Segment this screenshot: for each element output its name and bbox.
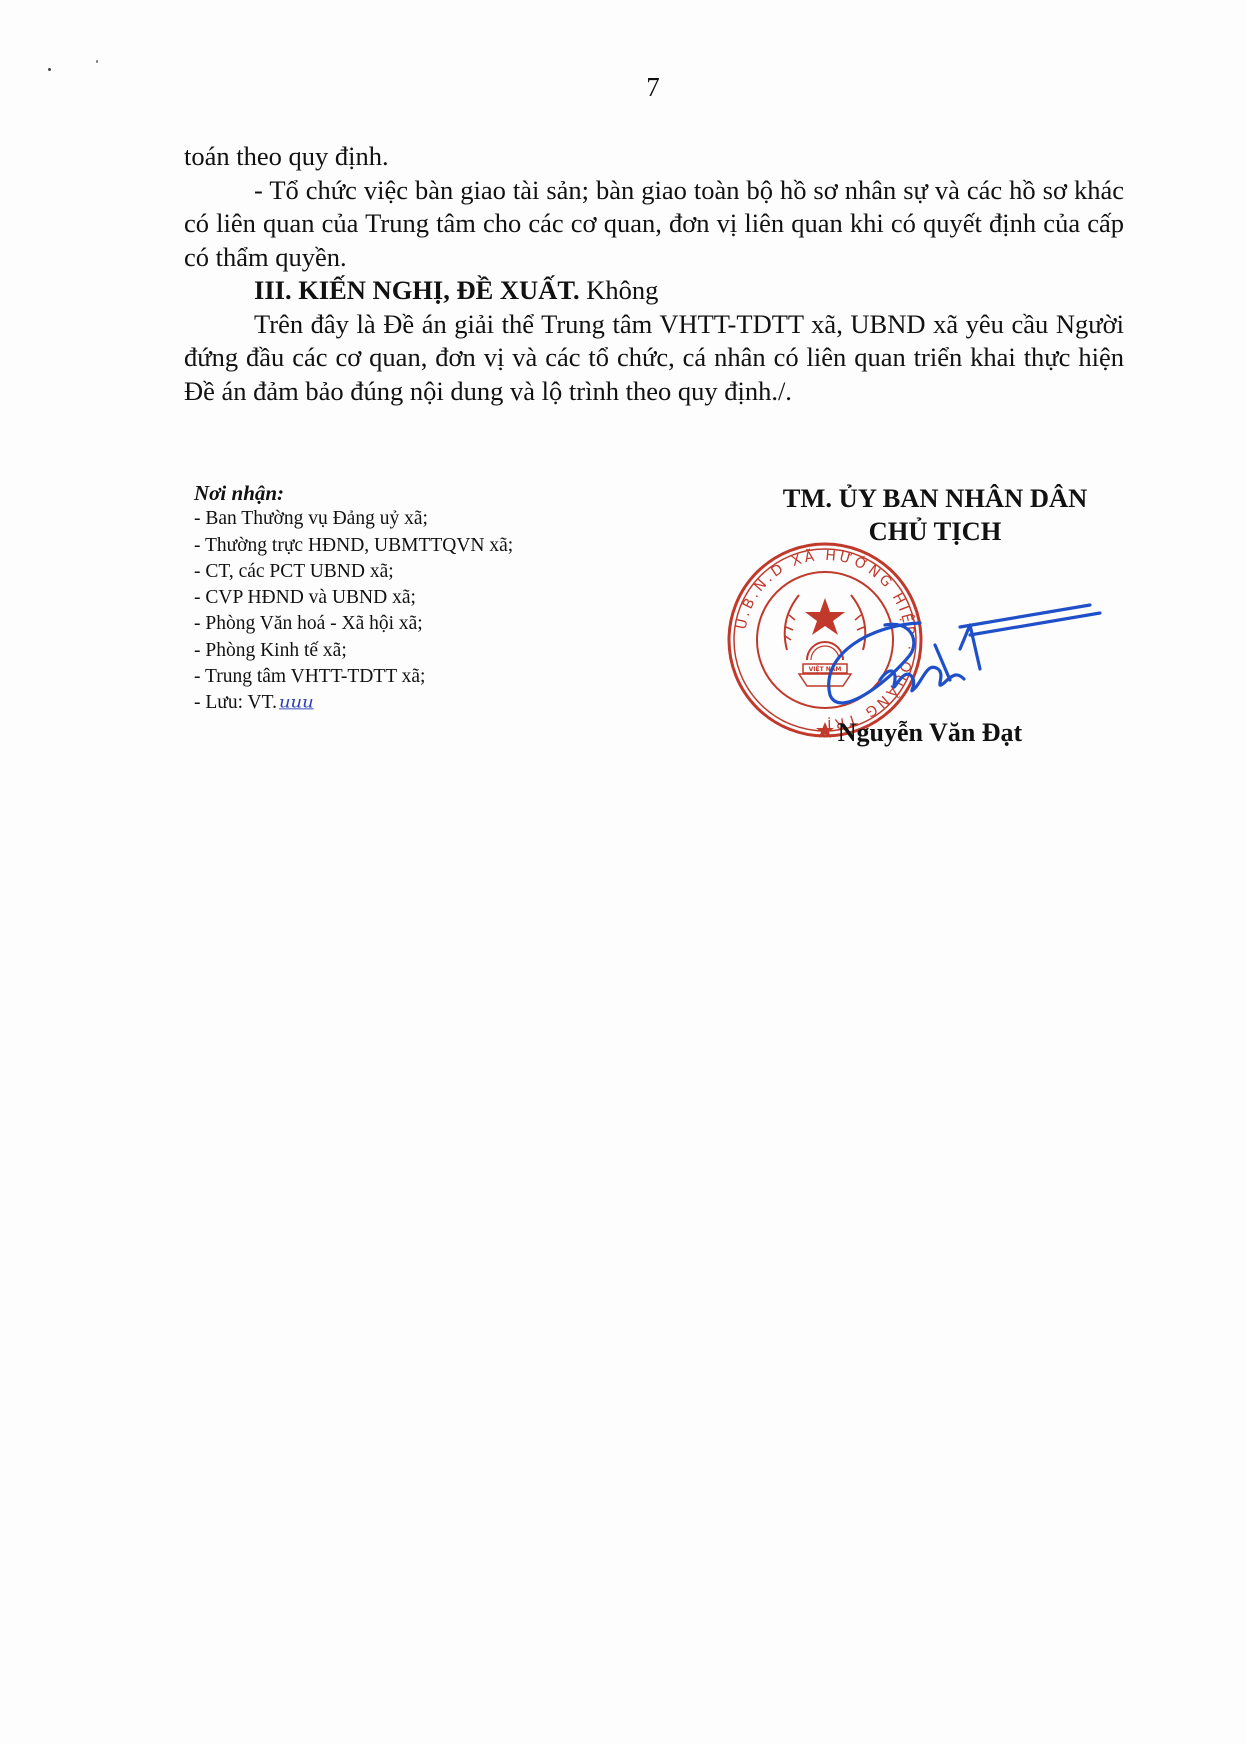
recipient-item-text: - CT, các PCT UBND xã; — [194, 561, 394, 582]
recipient-item: - Lưu: VT.uuu — [194, 690, 513, 716]
signature-block: TM. ỦY BAN NHÂN DÂN CHỦ TỊCH — [735, 482, 1135, 548]
recipient-item: - CT, các PCT UBND xã; — [194, 559, 513, 585]
recipient-item: - Thường trực HĐND, UBMTTQVN xã; — [194, 533, 513, 559]
recipient-item: - Trung tâm VHTT-TDTT xã; — [194, 664, 513, 690]
recipient-item: - CVP HĐND và UBND xã; — [194, 585, 513, 611]
recipient-item-text: - Phòng Văn hoá - Xã hội xã; — [194, 613, 423, 634]
section-heading-value: Không — [580, 275, 659, 305]
recipient-item-text: - CVP HĐND và UBND xã; — [194, 587, 416, 608]
handwritten-signature-icon — [810, 585, 1110, 715]
recipients-title: Nơi nhận: — [194, 480, 513, 506]
recipients-list: Nơi nhận: - Ban Thường vụ Đảng uỷ xã;- T… — [194, 480, 513, 717]
recipient-item: - Ban Thường vụ Đảng uỷ xã; — [194, 506, 513, 532]
line-continuation: toán theo quy định. — [184, 140, 1124, 174]
section-heading: III. KIẾN NGHỊ, ĐỀ XUẤT. Không — [184, 274, 1124, 308]
section-heading-title: III. KIẾN NGHỊ, ĐỀ XUẤT. — [254, 275, 580, 305]
recipient-item: - Phòng Kinh tế xã; — [194, 638, 513, 664]
page-number: 7 — [0, 72, 1246, 103]
recipient-item-text: - Thường trực HĐND, UBMTTQVN xã; — [194, 535, 513, 556]
on-behalf-title: TM. ỦY BAN NHÂN DÂN — [735, 482, 1135, 515]
recipient-item-text: - Ban Thường vụ Đảng uỷ xã; — [194, 508, 428, 529]
recipient-items: - Ban Thường vụ Đảng uỷ xã;- Thường trực… — [194, 506, 513, 716]
closing-paragraph: Trên đây là Đề án giải thể Trung tâm VHT… — [184, 308, 1124, 409]
signer-name: Nguyễn Văn Đạt — [800, 718, 1060, 748]
recipient-item-text: - Phòng Kinh tế xã; — [194, 640, 347, 661]
paragraph-handover: - Tổ chức việc bàn giao tài sản; bàn gia… — [184, 174, 1124, 275]
recipient-item-text: - Trung tâm VHTT-TDTT xã; — [194, 666, 425, 687]
recipient-item-text: - Lưu: VT. — [194, 692, 277, 713]
document-body: toán theo quy định. - Tổ chức việc bàn g… — [184, 140, 1124, 408]
archive-initials: uuu — [279, 692, 314, 716]
recipient-item: - Phòng Văn hoá - Xã hội xã; — [194, 611, 513, 637]
